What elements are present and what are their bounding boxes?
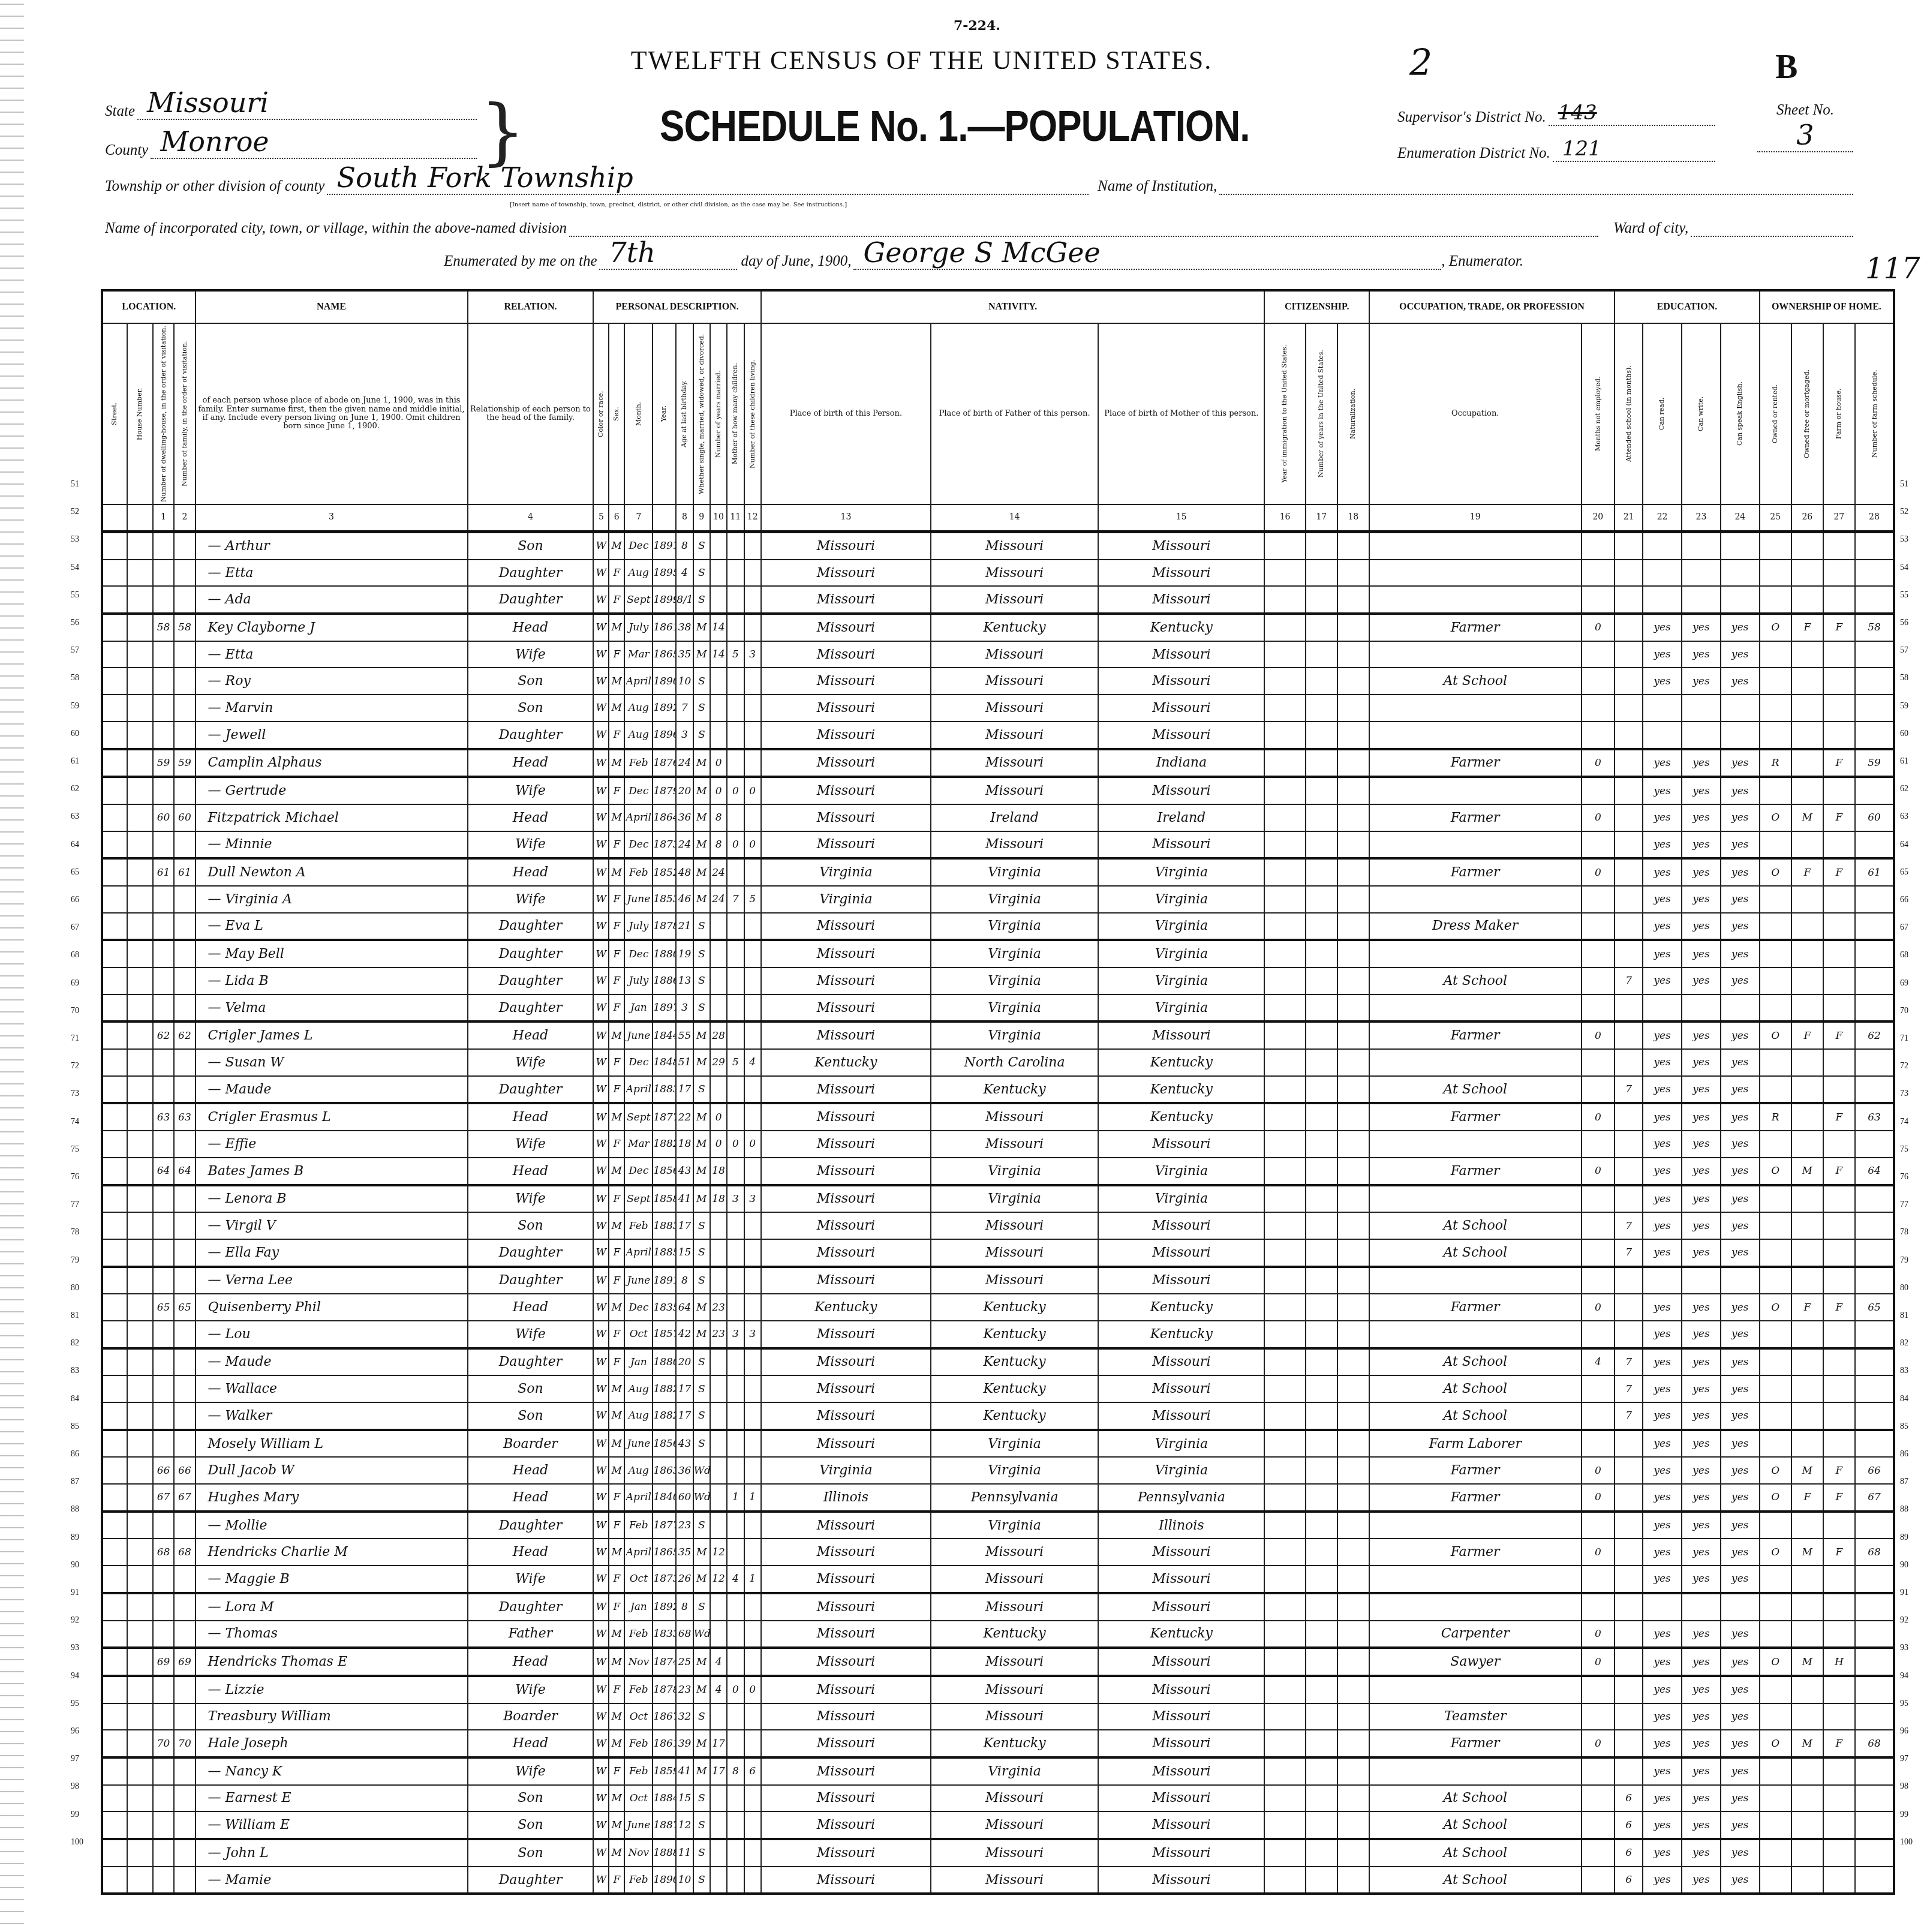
speaks-english-cell: yes bbox=[1721, 1811, 1760, 1839]
table-body: — ArthurSonWMDec18918SMissouriMissouriMi… bbox=[102, 532, 1894, 1894]
immigration-year-cell bbox=[1264, 804, 1305, 831]
table-row: 6969Hendricks Thomas EHeadWMNov187425M4M… bbox=[102, 1648, 1894, 1676]
mother-birthplace-cell: Missouri bbox=[1098, 1730, 1264, 1757]
mother-birthplace-cell: Missouri bbox=[1098, 1811, 1264, 1839]
months-unemployed-cell bbox=[1582, 940, 1615, 967]
sheet-field: Sheet No. 3 bbox=[1757, 102, 1853, 152]
birthplace-cell: Missouri bbox=[761, 1703, 931, 1730]
free-mortgaged-cell bbox=[1791, 1049, 1823, 1076]
family-number-cell bbox=[174, 586, 195, 614]
dwelling-number-cell bbox=[153, 668, 174, 695]
can-read-cell: yes bbox=[1643, 1621, 1682, 1648]
birthplace-cell: Missouri bbox=[761, 695, 931, 722]
street-cell bbox=[102, 1785, 127, 1812]
immigration-year-cell bbox=[1264, 1212, 1305, 1239]
mother-birthplace-cell: Kentucky bbox=[1098, 1049, 1264, 1076]
immigration-year-cell bbox=[1264, 1676, 1305, 1703]
farm-schedule-cell: 62 bbox=[1855, 1021, 1894, 1049]
naturalization-cell bbox=[1337, 886, 1369, 913]
immigration-year-cell bbox=[1264, 1512, 1305, 1539]
table-row: — MinnieWifeWFDec187324M800MissouriMisso… bbox=[102, 831, 1894, 859]
birth-year-cell: 1878 bbox=[653, 1676, 676, 1703]
children-born-cell bbox=[727, 1348, 744, 1376]
relation-cell: Wife bbox=[468, 1185, 594, 1213]
line-number: 60 bbox=[71, 729, 79, 739]
sex-cell: F bbox=[609, 1049, 624, 1076]
months-unemployed-cell bbox=[1582, 668, 1615, 695]
mother-birthplace-cell: Missouri bbox=[1098, 560, 1264, 587]
person-name-cell: Dull Jacob W bbox=[196, 1457, 468, 1484]
years-married-cell: 0 bbox=[710, 777, 727, 804]
column-label: Can speak English. bbox=[1721, 323, 1760, 504]
children-born-cell bbox=[727, 586, 744, 614]
farm-house-cell bbox=[1823, 1593, 1855, 1621]
state-field: State Missouri bbox=[105, 96, 477, 120]
enumerated-suffix: day of June, 1900, bbox=[741, 253, 851, 270]
person-name-cell: Key Clayborne J bbox=[196, 614, 468, 641]
family-number-cell bbox=[174, 1757, 195, 1785]
marital-status-cell: S bbox=[693, 1593, 710, 1621]
mother-birthplace-cell: Missouri bbox=[1098, 1348, 1264, 1376]
free-mortgaged-cell: M bbox=[1791, 804, 1823, 831]
line-number: 91 bbox=[1900, 1588, 1908, 1598]
family-number-cell bbox=[174, 1049, 195, 1076]
dwelling-number-cell: 63 bbox=[153, 1103, 174, 1131]
birth-month-cell: Dec bbox=[624, 1158, 653, 1185]
sex-cell: M bbox=[609, 1648, 624, 1676]
father-birthplace-cell: Missouri bbox=[931, 722, 1098, 749]
speaks-english-cell: yes bbox=[1721, 641, 1760, 668]
line-number: 81 bbox=[71, 1311, 79, 1321]
person-name-cell: Hughes Mary bbox=[196, 1484, 468, 1512]
enumeration-date-field: Enumerated by me on the 7th day of June,… bbox=[444, 246, 1523, 270]
birth-month-cell: Aug bbox=[624, 722, 653, 749]
free-mortgaged-cell bbox=[1791, 967, 1823, 994]
years-in-us-cell bbox=[1306, 1839, 1337, 1867]
dwelling-number-cell: 59 bbox=[153, 749, 174, 777]
birth-year-cell: 1864 bbox=[653, 804, 676, 831]
township-value: South Fork Township bbox=[336, 161, 633, 194]
occupation-cell: Farmer bbox=[1369, 804, 1582, 831]
children-born-cell: 7 bbox=[727, 886, 744, 913]
dwelling-number-cell bbox=[153, 641, 174, 668]
age-cell: 17 bbox=[676, 1375, 693, 1402]
birth-year-cell: 1873 bbox=[653, 831, 676, 859]
birth-year-cell: 1885 bbox=[653, 1239, 676, 1267]
age-cell: 10 bbox=[676, 1867, 693, 1894]
farm-schedule-cell bbox=[1855, 560, 1894, 587]
father-birthplace-cell: Kentucky bbox=[931, 1402, 1098, 1430]
mother-birthplace-cell: Missouri bbox=[1098, 695, 1264, 722]
owned-rented-cell bbox=[1760, 913, 1791, 941]
children-living-cell bbox=[744, 1103, 761, 1131]
family-number-cell bbox=[174, 1239, 195, 1267]
school-months-cell bbox=[1615, 1730, 1643, 1757]
street-cell bbox=[102, 994, 127, 1022]
school-months-cell bbox=[1615, 1484, 1643, 1512]
age-cell: 42 bbox=[676, 1321, 693, 1348]
can-read-cell: yes bbox=[1643, 1239, 1682, 1267]
naturalization-cell bbox=[1337, 1593, 1369, 1621]
speaks-english-cell: yes bbox=[1721, 1239, 1760, 1267]
family-number-cell bbox=[174, 1348, 195, 1376]
months-unemployed-cell bbox=[1582, 1676, 1615, 1703]
table-row: — Eva LDaughterWFJuly187821SMissouriVirg… bbox=[102, 913, 1894, 941]
children-living-cell: 5 bbox=[744, 886, 761, 913]
mother-birthplace-cell: Virginia bbox=[1098, 913, 1264, 941]
street-cell bbox=[102, 1648, 127, 1676]
occupation-cell bbox=[1369, 994, 1582, 1022]
birth-year-cell: 1890 bbox=[653, 668, 676, 695]
sex-cell: M bbox=[609, 804, 624, 831]
age-cell: 24 bbox=[676, 831, 693, 859]
naturalization-cell bbox=[1337, 614, 1369, 641]
age-cell: 35 bbox=[676, 1539, 693, 1566]
age-cell: 20 bbox=[676, 777, 693, 804]
father-birthplace-cell: Missouri bbox=[931, 1239, 1098, 1267]
can-write-cell: yes bbox=[1682, 1676, 1721, 1703]
can-write-cell bbox=[1682, 722, 1721, 749]
farm-house-cell bbox=[1823, 1239, 1855, 1267]
children-living-cell: 0 bbox=[744, 831, 761, 859]
farm-house-cell: F bbox=[1823, 1484, 1855, 1512]
speaks-english-cell: yes bbox=[1721, 1076, 1760, 1104]
father-birthplace-cell: Kentucky bbox=[931, 1621, 1098, 1648]
line-number: 90 bbox=[71, 1561, 79, 1570]
street-cell bbox=[102, 1212, 127, 1239]
children-living-cell bbox=[744, 614, 761, 641]
birth-year-cell: 1873 bbox=[653, 1566, 676, 1593]
dwelling-number-cell bbox=[153, 1676, 174, 1703]
naturalization-cell bbox=[1337, 1730, 1369, 1757]
column-number: 22 bbox=[1643, 504, 1682, 532]
race-cell: W bbox=[593, 1131, 609, 1158]
age-cell: 43 bbox=[676, 1430, 693, 1458]
column-label: Owned free or mortgaged. bbox=[1791, 323, 1823, 504]
house-number-cell bbox=[127, 1566, 152, 1593]
table-row: — Lida BDaughterWFJuly188613SMissouriVir… bbox=[102, 967, 1894, 994]
free-mortgaged-cell bbox=[1791, 1512, 1823, 1539]
years-in-us-cell bbox=[1306, 1484, 1337, 1512]
marital-status-cell: S bbox=[693, 1839, 710, 1867]
birth-year-cell: 1897 bbox=[653, 994, 676, 1022]
relation-cell: Wife bbox=[468, 831, 594, 859]
relation-cell: Head bbox=[468, 1539, 594, 1566]
farm-house-cell bbox=[1823, 1566, 1855, 1593]
person-name-cell: — Virgil V bbox=[196, 1212, 468, 1239]
line-number: 56 bbox=[1900, 618, 1908, 628]
table-row: — GertrudeWifeWFDec187920M000MissouriMis… bbox=[102, 777, 1894, 804]
father-birthplace-cell: Virginia bbox=[931, 858, 1098, 886]
children-born-cell bbox=[727, 560, 744, 587]
years-in-us-cell bbox=[1306, 1621, 1337, 1648]
farm-house-cell bbox=[1823, 913, 1855, 941]
line-number: 67 bbox=[1900, 923, 1908, 933]
birth-year-cell: 1879 bbox=[653, 777, 676, 804]
farm-house-cell: F bbox=[1823, 1294, 1855, 1321]
mother-birthplace-cell: Missouri bbox=[1098, 1648, 1264, 1676]
relation-cell: Son bbox=[468, 1839, 594, 1867]
ward-label: Ward of city, bbox=[1613, 220, 1688, 237]
can-read-cell: yes bbox=[1643, 1348, 1682, 1376]
can-write-cell bbox=[1682, 1267, 1721, 1294]
can-read-cell: yes bbox=[1643, 668, 1682, 695]
mother-birthplace-cell: Pennsylvania bbox=[1098, 1484, 1264, 1512]
can-write-cell: yes bbox=[1682, 1321, 1721, 1348]
birth-month-cell: April bbox=[624, 1076, 653, 1104]
mother-birthplace-cell: Kentucky bbox=[1098, 1103, 1264, 1131]
mother-birthplace-cell: Missouri bbox=[1098, 1131, 1264, 1158]
birth-year-cell: 1899 bbox=[653, 586, 676, 614]
mother-birthplace-cell: Missouri bbox=[1098, 777, 1264, 804]
school-months-cell bbox=[1615, 1757, 1643, 1785]
enumerated-prefix: Enumerated by me on the bbox=[444, 253, 597, 270]
marital-status-cell: Wd bbox=[693, 1457, 710, 1484]
months-unemployed-cell: 4 bbox=[1582, 1348, 1615, 1376]
years-in-us-cell bbox=[1306, 1375, 1337, 1402]
marital-status-cell: S bbox=[693, 1267, 710, 1294]
person-name-cell: — Marvin bbox=[196, 695, 468, 722]
naturalization-cell bbox=[1337, 1785, 1369, 1812]
naturalization-cell bbox=[1337, 1648, 1369, 1676]
owned-rented-cell bbox=[1760, 1676, 1791, 1703]
relation-cell: Father bbox=[468, 1621, 594, 1648]
months-unemployed-cell bbox=[1582, 1512, 1615, 1539]
marital-status-cell: S bbox=[693, 722, 710, 749]
father-birthplace-cell: North Carolina bbox=[931, 1049, 1098, 1076]
free-mortgaged-cell: M bbox=[1791, 1158, 1823, 1185]
line-number: 76 bbox=[1900, 1173, 1908, 1182]
occupation-cell: Farmer bbox=[1369, 1103, 1582, 1131]
line-number: 82 bbox=[1900, 1339, 1908, 1348]
birth-month-cell: Mar bbox=[624, 1131, 653, 1158]
naturalization-cell bbox=[1337, 1539, 1369, 1566]
years-married-cell: 14 bbox=[710, 641, 727, 668]
street-cell bbox=[102, 532, 127, 560]
race-cell: W bbox=[593, 1867, 609, 1894]
can-read-cell bbox=[1643, 1593, 1682, 1621]
can-read-cell: yes bbox=[1643, 1321, 1682, 1348]
family-number-cell bbox=[174, 886, 195, 913]
sex-cell: F bbox=[609, 940, 624, 967]
free-mortgaged-cell bbox=[1791, 886, 1823, 913]
naturalization-cell bbox=[1337, 1621, 1369, 1648]
children-living-cell bbox=[744, 749, 761, 777]
free-mortgaged-cell: F bbox=[1791, 858, 1823, 886]
house-number-cell bbox=[127, 1730, 152, 1757]
months-unemployed-cell: 0 bbox=[1582, 1648, 1615, 1676]
race-cell: W bbox=[593, 777, 609, 804]
years-married-cell: 4 bbox=[710, 1676, 727, 1703]
race-cell: W bbox=[593, 1539, 609, 1566]
can-read-cell: yes bbox=[1643, 1785, 1682, 1812]
occupation-cell: Farm Laborer bbox=[1369, 1430, 1582, 1458]
naturalization-cell bbox=[1337, 1676, 1369, 1703]
line-number: 64 bbox=[71, 840, 79, 850]
age-cell: 17 bbox=[676, 1402, 693, 1430]
marital-status-cell: M bbox=[693, 1049, 710, 1076]
years-in-us-cell bbox=[1306, 1593, 1337, 1621]
line-number: 83 bbox=[1900, 1366, 1908, 1376]
years-married-cell bbox=[710, 994, 727, 1022]
immigration-year-cell bbox=[1264, 1294, 1305, 1321]
birth-month-cell: April bbox=[624, 1539, 653, 1566]
farm-house-cell bbox=[1823, 532, 1855, 560]
school-months-cell bbox=[1615, 1321, 1643, 1348]
naturalization-cell bbox=[1337, 668, 1369, 695]
naturalization-cell bbox=[1337, 1867, 1369, 1894]
father-birthplace-cell: Missouri bbox=[931, 1593, 1098, 1621]
school-months-cell bbox=[1615, 1294, 1643, 1321]
birth-year-cell: 1861 bbox=[653, 1730, 676, 1757]
house-number-cell bbox=[127, 1676, 152, 1703]
sex-cell: F bbox=[609, 1185, 624, 1213]
speaks-english-cell: yes bbox=[1721, 804, 1760, 831]
speaks-english-cell bbox=[1721, 1267, 1760, 1294]
farm-house-cell bbox=[1823, 886, 1855, 913]
table-row: — Susan WWifeWFDec184851M2954KentuckyNor… bbox=[102, 1049, 1894, 1076]
line-number: 79 bbox=[71, 1256, 79, 1266]
farm-schedule-cell bbox=[1855, 1648, 1894, 1676]
marital-status-cell: S bbox=[693, 1785, 710, 1812]
column-number: 4 bbox=[468, 504, 594, 532]
children-born-cell bbox=[727, 1703, 744, 1730]
table-row: — AdaDaughterWFSept18998/12SMissouriMiss… bbox=[102, 586, 1894, 614]
line-number: 85 bbox=[1900, 1422, 1908, 1432]
children-living-cell bbox=[744, 913, 761, 941]
house-number-cell bbox=[127, 722, 152, 749]
line-number: 97 bbox=[1900, 1754, 1908, 1764]
years-married-cell: 12 bbox=[710, 1566, 727, 1593]
dwelling-number-cell bbox=[153, 560, 174, 587]
owned-rented-cell bbox=[1760, 967, 1791, 994]
immigration-year-cell bbox=[1264, 1049, 1305, 1076]
person-name-cell: — Virginia A bbox=[196, 886, 468, 913]
marital-status-cell: M bbox=[693, 1648, 710, 1676]
street-cell bbox=[102, 1676, 127, 1703]
street-cell bbox=[102, 1484, 127, 1512]
person-name-cell: — Gertrude bbox=[196, 777, 468, 804]
farm-house-cell bbox=[1823, 1375, 1855, 1402]
family-number-cell: 60 bbox=[174, 804, 195, 831]
family-number-cell: 69 bbox=[174, 1648, 195, 1676]
children-living-cell bbox=[744, 994, 761, 1022]
owned-rented-cell bbox=[1760, 1703, 1791, 1730]
relation-cell: Wife bbox=[468, 1566, 594, 1593]
line-number: 95 bbox=[1900, 1699, 1908, 1709]
race-cell: W bbox=[593, 804, 609, 831]
marital-status-cell: S bbox=[693, 1239, 710, 1267]
occupation-cell bbox=[1369, 1676, 1582, 1703]
can-write-cell: yes bbox=[1682, 1839, 1721, 1867]
group-occupation: OCCUPATION, TRADE, OR PROFESSION bbox=[1369, 290, 1615, 323]
years-in-us-cell bbox=[1306, 1402, 1337, 1430]
birth-month-cell: April bbox=[624, 1484, 653, 1512]
column-label: Number of years married. bbox=[710, 323, 727, 504]
father-birthplace-cell: Virginia bbox=[931, 940, 1098, 967]
school-months-cell bbox=[1615, 560, 1643, 587]
years-in-us-cell bbox=[1306, 1757, 1337, 1785]
birthplace-cell: Missouri bbox=[761, 749, 931, 777]
immigration-year-cell bbox=[1264, 1839, 1305, 1867]
marital-status-cell: Wd bbox=[693, 1621, 710, 1648]
occupation-cell: At School bbox=[1369, 1375, 1582, 1402]
dwelling-number-cell bbox=[153, 831, 174, 859]
speaks-english-cell: yes bbox=[1721, 1621, 1760, 1648]
school-months-cell bbox=[1615, 886, 1643, 913]
free-mortgaged-cell: F bbox=[1791, 1021, 1823, 1049]
birth-month-cell: Oct bbox=[624, 1321, 653, 1348]
birthplace-cell: Missouri bbox=[761, 1730, 931, 1757]
owned-rented-cell bbox=[1760, 560, 1791, 587]
birth-year-cell: 1887 bbox=[653, 1811, 676, 1839]
free-mortgaged-cell bbox=[1791, 1185, 1823, 1213]
age-cell: 55 bbox=[676, 1021, 693, 1049]
table-row: — MaudeDaughterWFJan188020SMissouriKentu… bbox=[102, 1348, 1894, 1376]
dwelling-number-cell bbox=[153, 1757, 174, 1785]
race-cell: W bbox=[593, 1348, 609, 1376]
race-cell: W bbox=[593, 532, 609, 560]
dwelling-number-cell: 69 bbox=[153, 1648, 174, 1676]
occupation-cell bbox=[1369, 560, 1582, 587]
speaks-english-cell: yes bbox=[1721, 614, 1760, 641]
can-write-cell: yes bbox=[1682, 1457, 1721, 1484]
line-number: 81 bbox=[1900, 1311, 1908, 1321]
years-in-us-cell bbox=[1306, 1158, 1337, 1185]
mother-birthplace-cell: Missouri bbox=[1098, 1402, 1264, 1430]
family-number-cell bbox=[174, 532, 195, 560]
naturalization-cell bbox=[1337, 1239, 1369, 1267]
speaks-english-cell bbox=[1721, 695, 1760, 722]
line-number: 70 bbox=[1900, 1006, 1908, 1016]
column-label-row: Street.House Number.Number of dwelling-h… bbox=[102, 323, 1894, 504]
months-unemployed-cell: 0 bbox=[1582, 804, 1615, 831]
farm-schedule-cell bbox=[1855, 1212, 1894, 1239]
person-name-cell: Hale Joseph bbox=[196, 1730, 468, 1757]
sex-cell: M bbox=[609, 1730, 624, 1757]
farm-house-cell bbox=[1823, 695, 1855, 722]
birth-year-cell: 1890 bbox=[653, 1867, 676, 1894]
family-number-cell bbox=[174, 831, 195, 859]
birthplace-cell: Illinois bbox=[761, 1484, 931, 1512]
mother-birthplace-cell: Missouri bbox=[1098, 1757, 1264, 1785]
relation-cell: Wife bbox=[468, 1676, 594, 1703]
family-number-cell bbox=[174, 777, 195, 804]
speaks-english-cell: yes bbox=[1721, 1539, 1760, 1566]
farm-schedule-cell bbox=[1855, 886, 1894, 913]
race-cell: W bbox=[593, 1457, 609, 1484]
years-married-cell bbox=[710, 560, 727, 587]
birth-year-cell: 1859 bbox=[653, 1757, 676, 1785]
months-unemployed-cell bbox=[1582, 586, 1615, 614]
house-number-cell bbox=[127, 749, 152, 777]
relation-cell: Head bbox=[468, 1294, 594, 1321]
children-living-cell bbox=[744, 1375, 761, 1402]
dwelling-number-cell bbox=[153, 1811, 174, 1839]
column-label: Year. bbox=[653, 323, 676, 504]
marital-status-cell: M bbox=[693, 1566, 710, 1593]
free-mortgaged-cell bbox=[1791, 913, 1823, 941]
dwelling-number-cell bbox=[153, 1131, 174, 1158]
owned-rented-cell bbox=[1760, 1512, 1791, 1539]
birth-month-cell: Dec bbox=[624, 831, 653, 859]
relation-cell: Head bbox=[468, 1648, 594, 1676]
race-cell: W bbox=[593, 722, 609, 749]
dwelling-number-cell bbox=[153, 994, 174, 1022]
naturalization-cell bbox=[1337, 1021, 1369, 1049]
column-number: 10 bbox=[710, 504, 727, 532]
relation-cell: Son bbox=[468, 1785, 594, 1812]
